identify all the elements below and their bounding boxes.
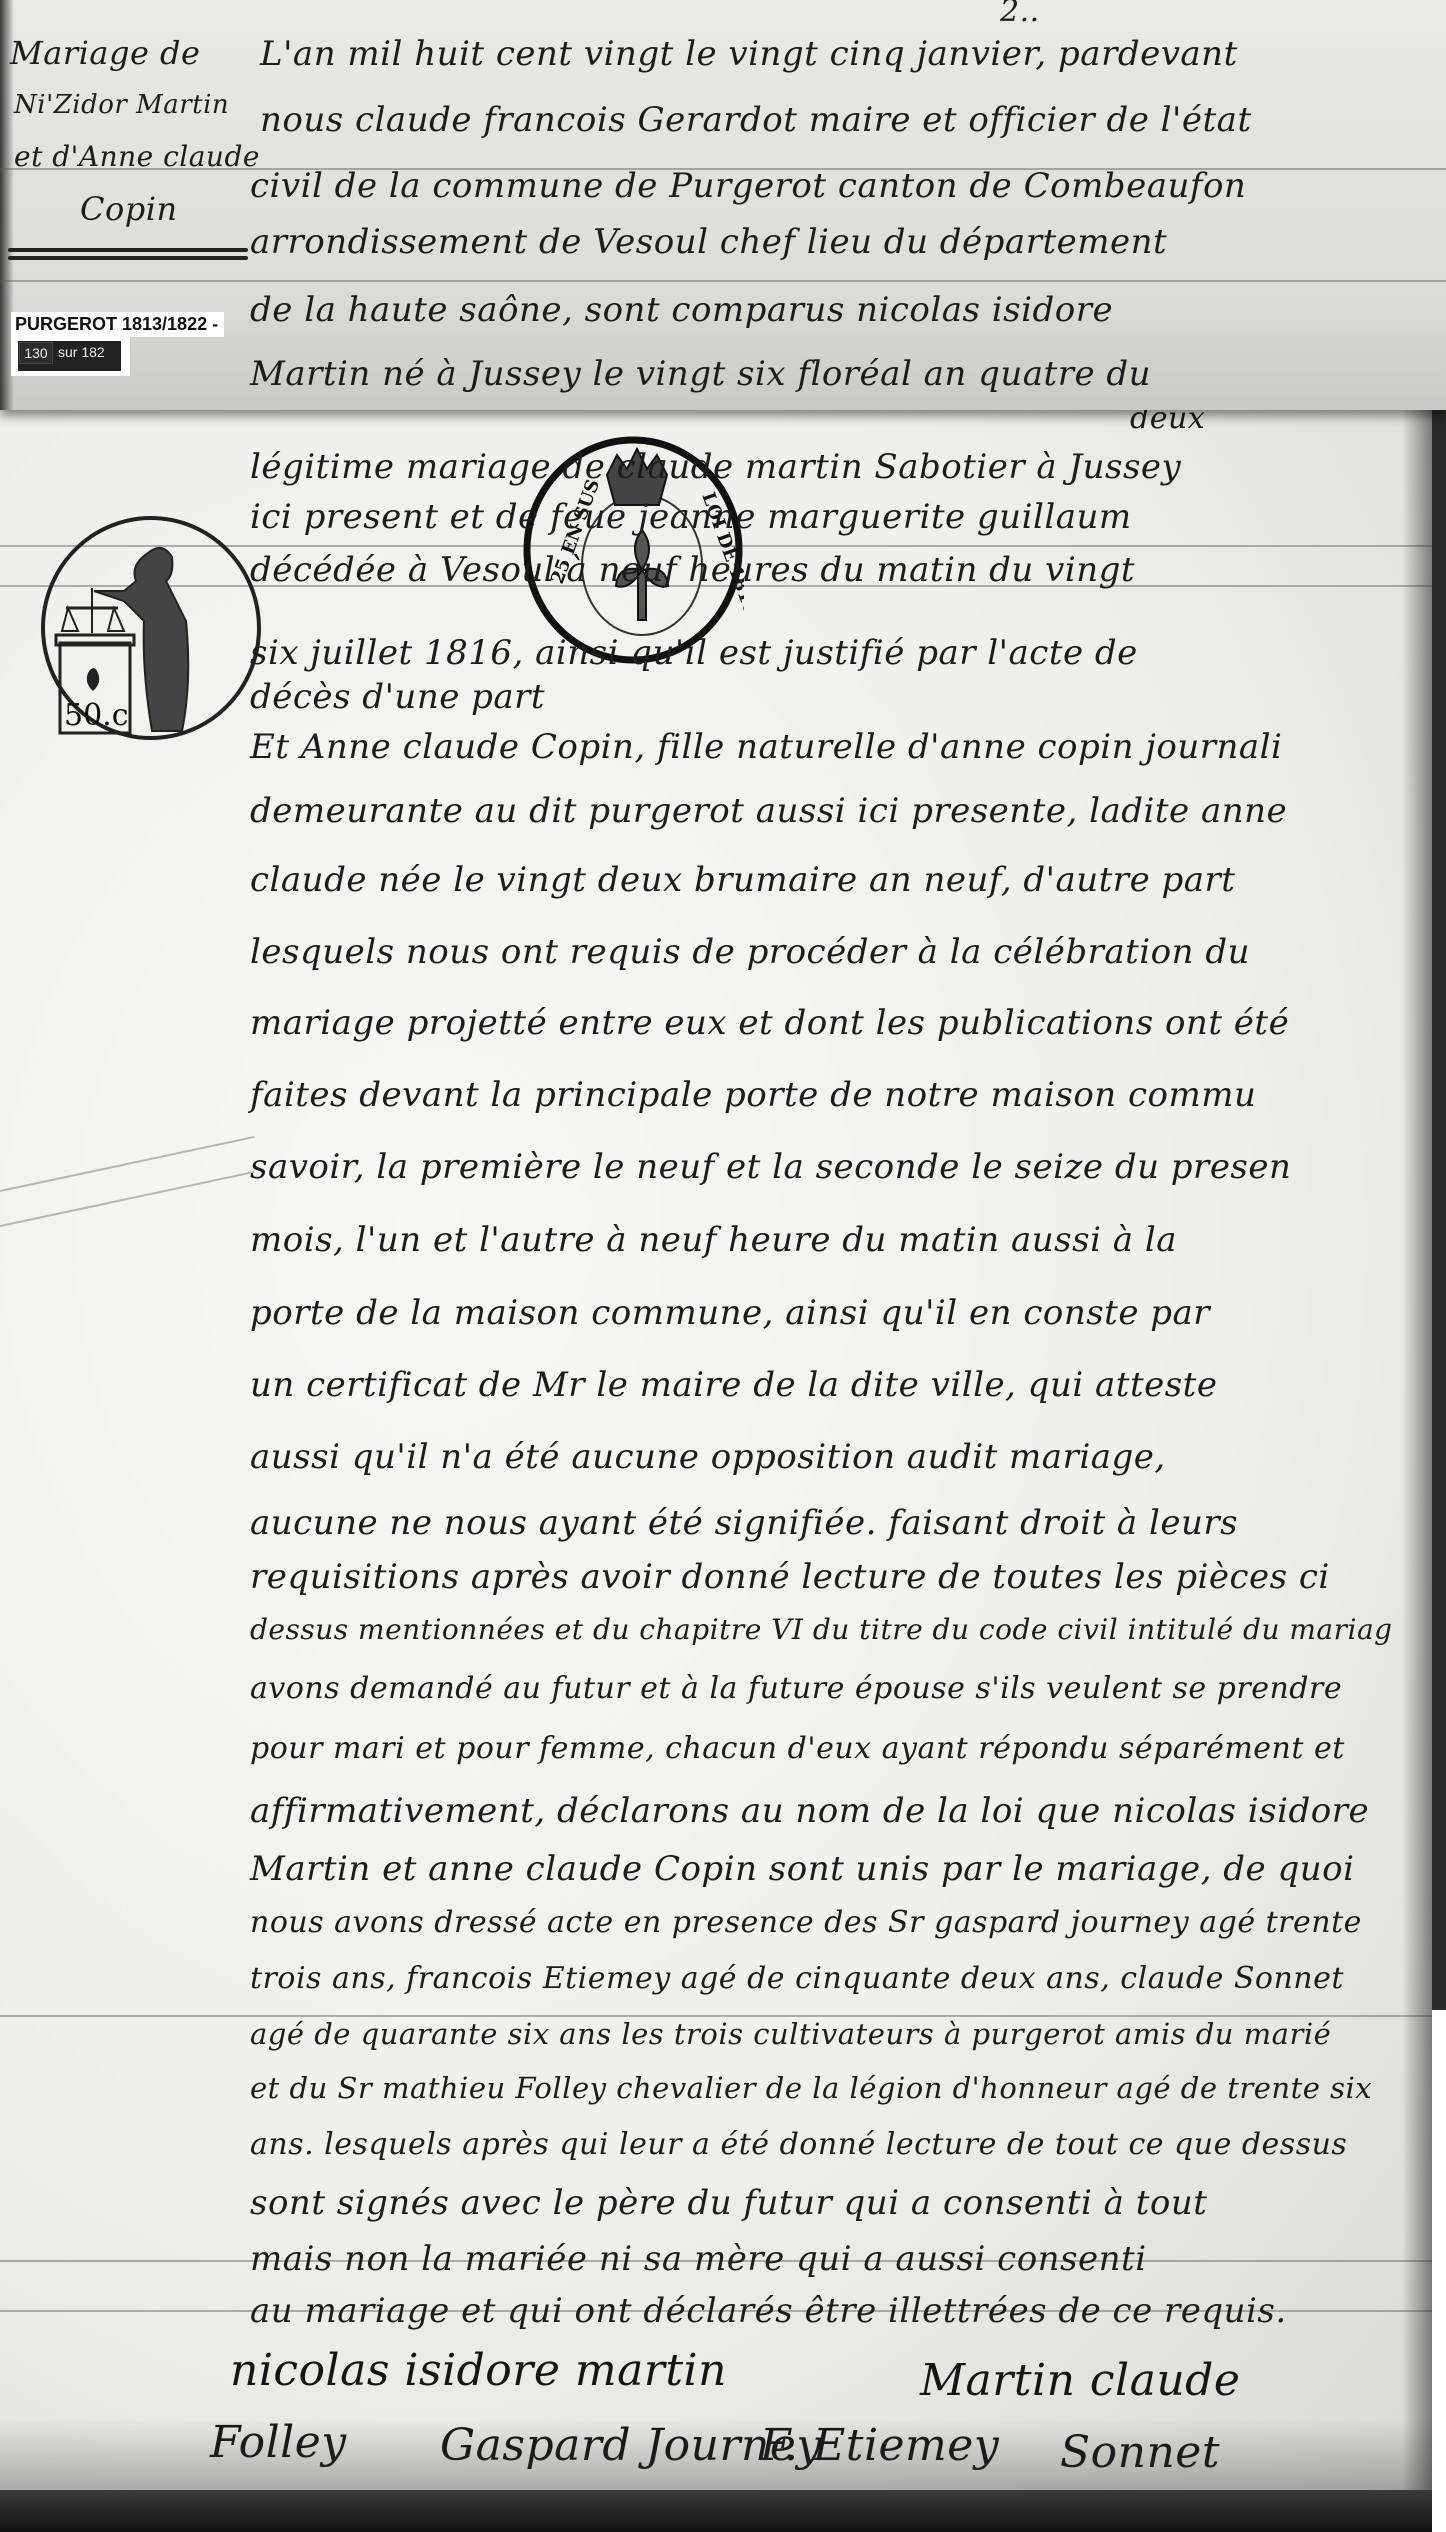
text-line-27: et du Sr mathieu Folley chevalier de la … bbox=[250, 2071, 1372, 2105]
text-line-15: un certificat de Mr le maire de la dite … bbox=[250, 1365, 1217, 1405]
text-line-13: mois, l'un et l'autre à neuf heure du ma… bbox=[250, 1220, 1177, 1260]
scanned-page-upper: 2.. Mariage de Ni'Zidor Martin et d'Anne… bbox=[0, 0, 1446, 410]
margin-note-line: Mariage de bbox=[10, 34, 200, 72]
text-line-1: légitime mariage de claude martin Saboti… bbox=[250, 447, 1181, 487]
scanned-page-lower: 50.c 25 EN SUS LOI DE 1816. deux légitim… bbox=[0, 405, 1432, 2490]
text-line-10: mariage projetté entre eux et dont les p… bbox=[250, 1003, 1289, 1043]
signature: Martin claude bbox=[920, 2355, 1240, 2406]
text-line-20: avons demandé au futur et à la future ép… bbox=[250, 1671, 1342, 1706]
page-mark: 2.. bbox=[1000, 0, 1040, 29]
text-line-17: aucune ne nous ayant été signifiée. fais… bbox=[250, 1503, 1238, 1543]
page-edge-shadow bbox=[0, 2490, 1432, 2532]
margin-note-line: Ni'Zidor Martin bbox=[14, 90, 229, 120]
ruled-line bbox=[0, 280, 1446, 282]
page-edge bbox=[1432, 405, 1446, 2010]
tax-stamp-icon: 50.c bbox=[38, 513, 264, 743]
page-total-label: sur 182 bbox=[58, 344, 105, 360]
text-line-6: Et Anne claude Copin, fille naturelle d'… bbox=[250, 727, 1282, 767]
text-line-18: requisitions après avoir donné lecture d… bbox=[250, 1557, 1330, 1597]
text-line-30: mais non la mariée ni sa mère qui a auss… bbox=[250, 2239, 1147, 2279]
margin-divider bbox=[8, 248, 248, 262]
text-line-23: Martin et anne claude Copin sont unis pa… bbox=[250, 1849, 1355, 1889]
text-line-14: porte de la maison commune, ainsi qu'il … bbox=[250, 1293, 1210, 1333]
text-line-11: faites devant la principale porte de not… bbox=[250, 1075, 1256, 1115]
text-line-1: L'an mil huit cent vingt le vingt cinq j… bbox=[260, 34, 1238, 74]
text-line-31: au mariage et qui ont déclarés être ille… bbox=[250, 2291, 1287, 2331]
current-page-input[interactable] bbox=[19, 342, 53, 364]
text-line-7: demeurante au dit purgerot aussi ici pre… bbox=[250, 791, 1287, 831]
signature: nicolas isidore martin bbox=[230, 2345, 727, 2396]
text-line-29: sont signés avec le père du futur qui a … bbox=[250, 2183, 1207, 2223]
text-line-4: arrondissement de Vesoul chef lieu du dé… bbox=[250, 222, 1167, 262]
text-line-22: affirmativement, déclarons au nom de la … bbox=[250, 1791, 1369, 1831]
svg-text:50.c: 50.c bbox=[64, 698, 129, 733]
text-line-16: aussi qu'il n'a été aucune opposition au… bbox=[250, 1437, 1166, 1477]
text-line-2: ici present et de feue jeanne marguerite… bbox=[250, 497, 1132, 537]
register-title: PURGEROT 1813/1822 - bbox=[11, 312, 224, 337]
viewer-background bbox=[1432, 2010, 1446, 2532]
text-line-21: pour mari et pour femme, chacun d'eux ay… bbox=[250, 1731, 1345, 1766]
margin-note-line: Copin bbox=[80, 190, 178, 228]
text-line-5: décès d'une part bbox=[250, 677, 545, 717]
fold-line bbox=[0, 1136, 255, 1192]
text-line-19: dessus mentionnées et du chapitre VI du … bbox=[250, 1613, 1393, 1646]
fold-line bbox=[0, 1171, 255, 1227]
text-line-12: savoir, la première le neuf et la second… bbox=[250, 1147, 1291, 1187]
text-line-6: Martin né à Jussey le vingt six floréal … bbox=[250, 354, 1151, 394]
text-line-2: nous claude francois Gerardot maire et o… bbox=[260, 100, 1252, 140]
page-navigator: sur 182 bbox=[11, 336, 130, 376]
text-line-3: décédée à Vesoul à neuf heures du matin … bbox=[250, 550, 1135, 590]
text-line-26: agé de quarante six ans les trois cultiv… bbox=[250, 2017, 1331, 2051]
text-line-4: six juillet 1816, ainsi qu'il est justif… bbox=[250, 633, 1138, 673]
text-line-5: de la haute saône, sont comparus nicolas… bbox=[250, 290, 1113, 330]
text-line-25: trois ans, francois Etiemey agé de cinqu… bbox=[250, 1961, 1344, 1996]
text-line-28: ans. lesquels après qui leur a été donné… bbox=[250, 2127, 1347, 2162]
text-line-9: lesquels nous ont requis de procéder à l… bbox=[250, 932, 1250, 972]
margin-note-line: et d'Anne claude bbox=[14, 140, 260, 173]
document-viewer[interactable]: 50.c 25 EN SUS LOI DE 1816. deux légitim… bbox=[0, 0, 1446, 2532]
text-line-24: nous avons dressé acte en presence des S… bbox=[250, 1905, 1362, 1940]
text-line-3: civil de la commune de Purgerot canton d… bbox=[250, 166, 1246, 206]
text-line-8: claude née le vingt deux brumaire an neu… bbox=[250, 860, 1235, 900]
